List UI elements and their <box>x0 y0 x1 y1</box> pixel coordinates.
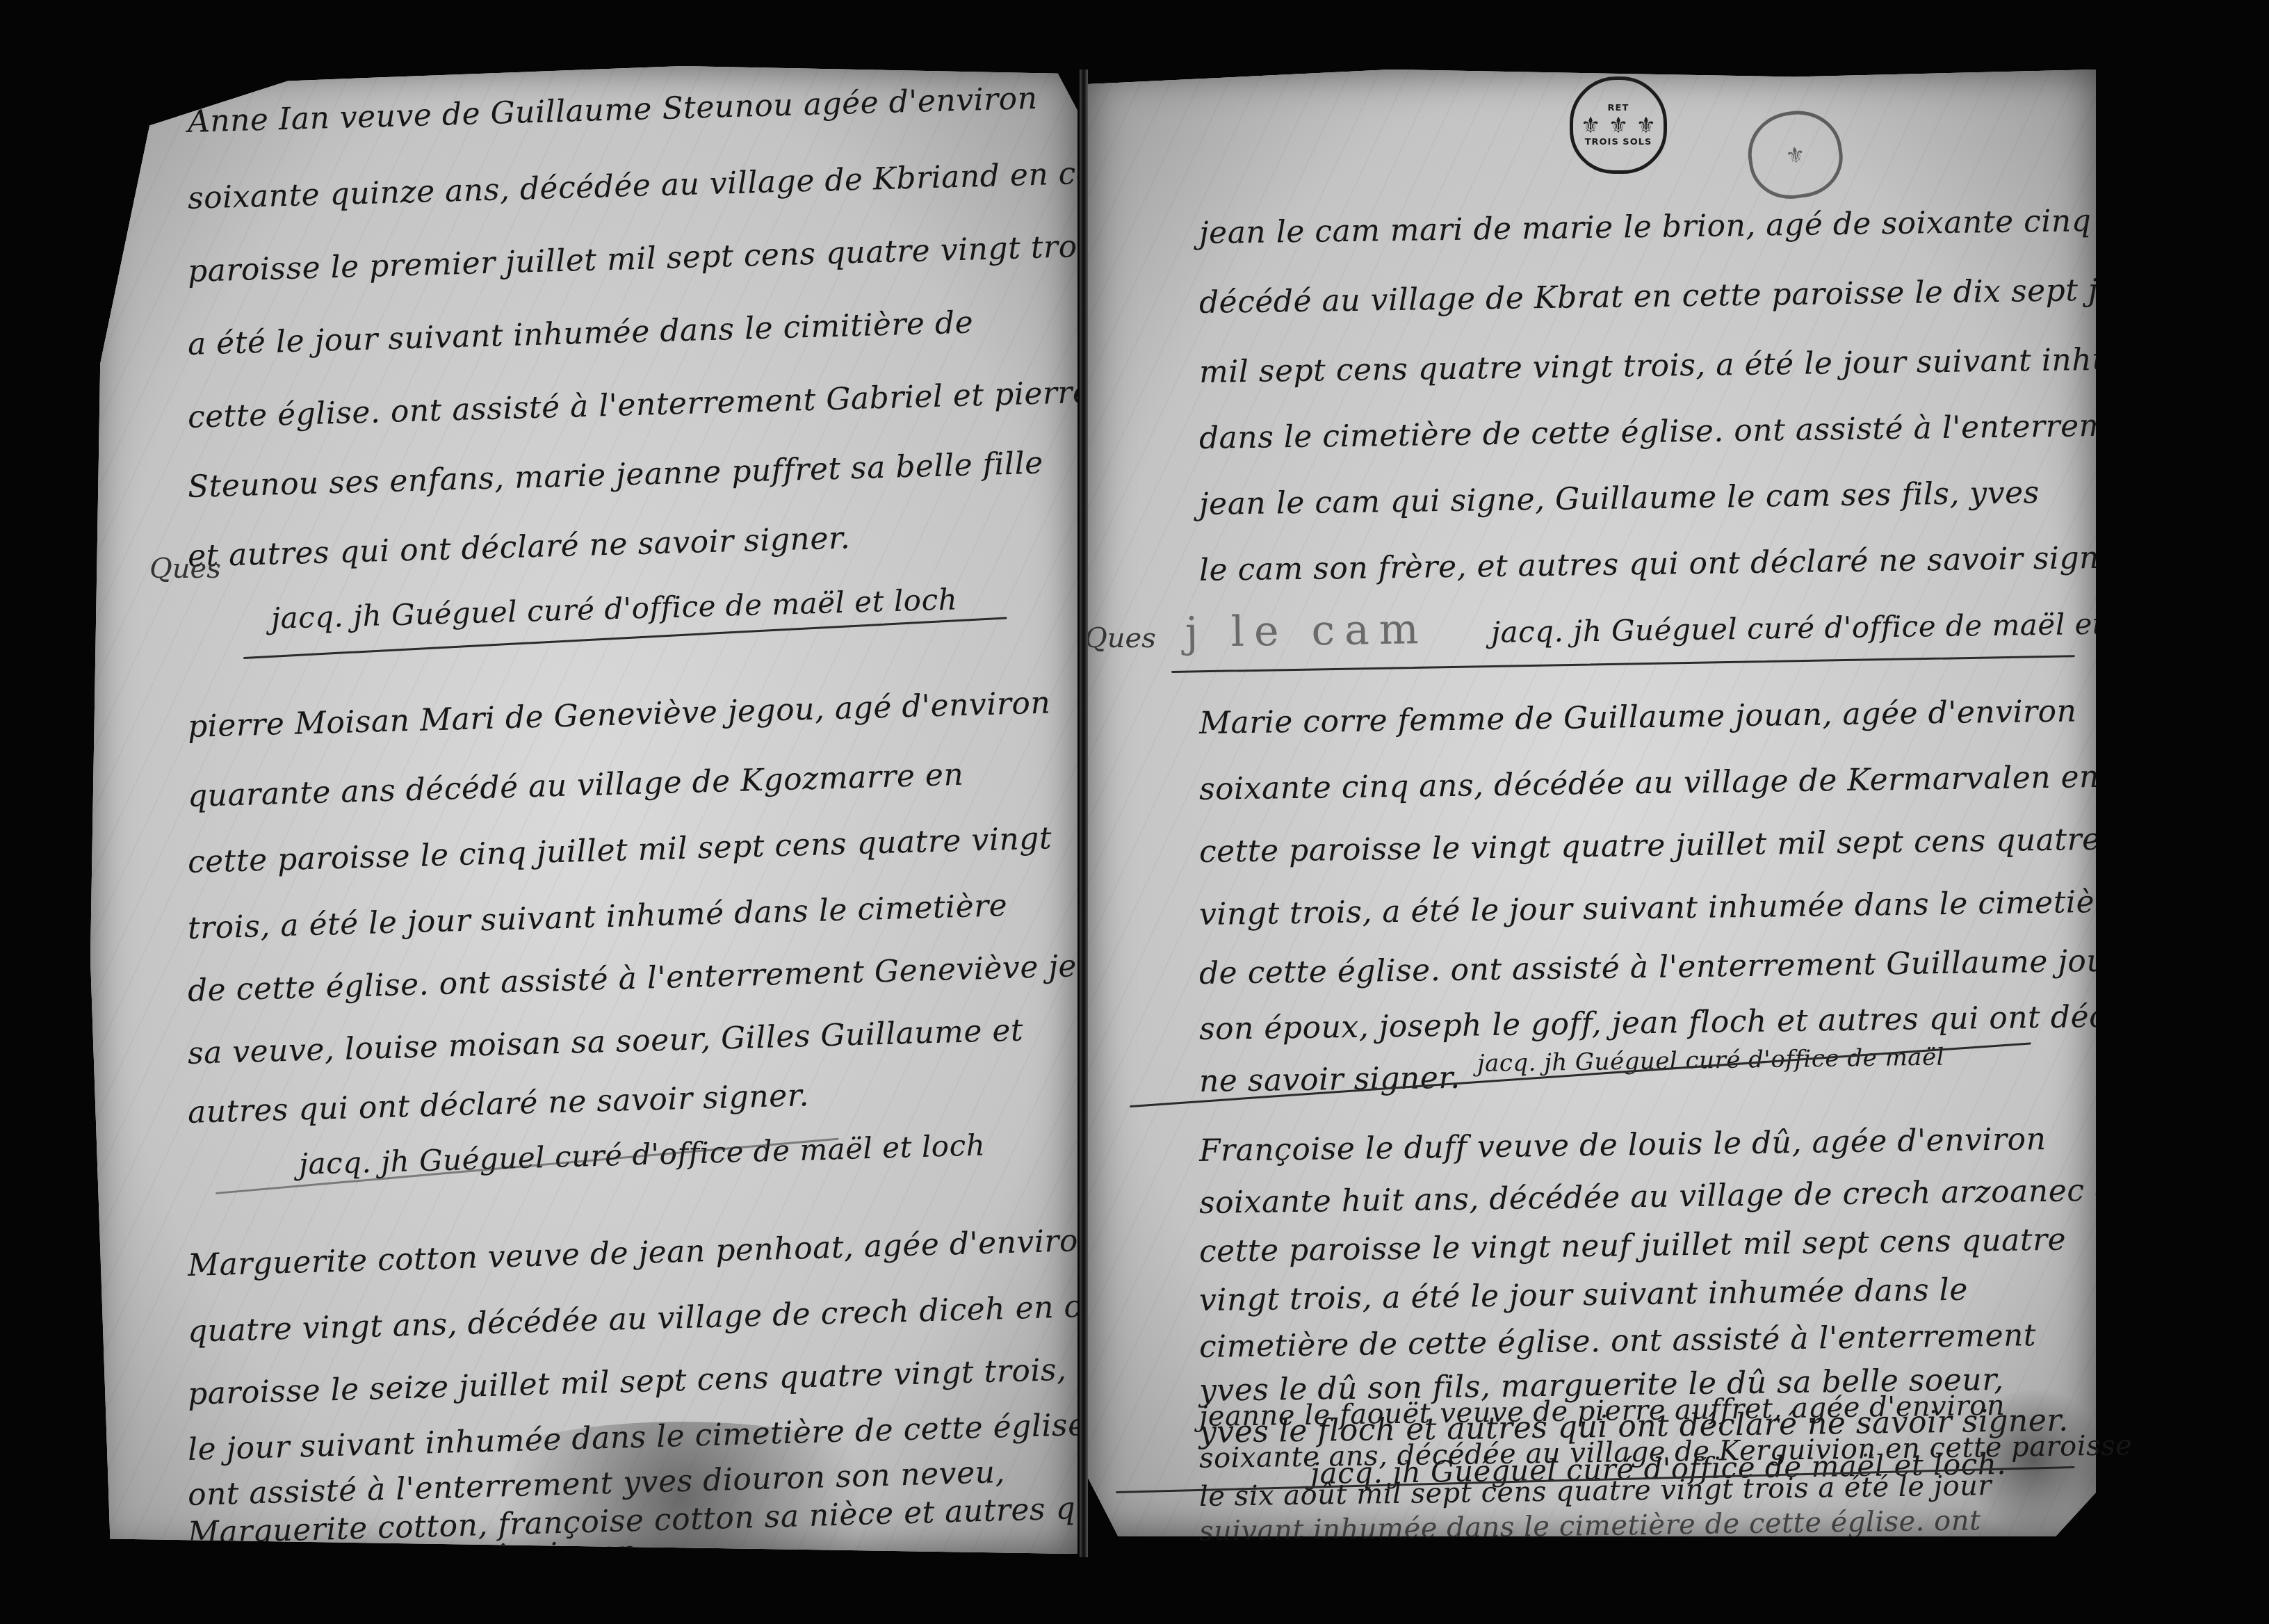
entry-line: cette église. ont assisté à l'enterremen… <box>187 375 1091 435</box>
fleur-de-lis-icon: ⚜ ⚜ ⚜ <box>1581 113 1656 137</box>
right-page-final-entry: jeanne le faouët veuve de pierre auffret… <box>1088 70 2096 1536</box>
register-spread: Anne Ian veuve de Guillaume Steunou agée… <box>0 0 2269 1624</box>
entry-line: Anne Ian veuve de Guillaume Steunou agée… <box>187 81 1038 140</box>
left-page-text: Anne Ian veuve de Guillaume Steunou agée… <box>90 66 1077 1554</box>
entry-line: trois, a été le jour suivant inhumé dans… <box>187 888 1008 946</box>
fleur-de-lis-icon: ⚜ <box>1784 142 1807 168</box>
entry-line: quatre vingt ans, décédée au village de … <box>187 1288 1144 1349</box>
page-fold <box>1067 42 1095 70</box>
entry-line: quarante ans décédé au village de Kgozma… <box>187 757 964 814</box>
stamp-bottom-text: TROIS SOLS <box>1585 137 1652 147</box>
entry-line: de cette église. ont assisté à l'enterre… <box>187 947 1136 1009</box>
entry-line: sa veuve, louise moisan sa soeur, Gilles… <box>187 1012 1024 1071</box>
tax-stamp-trois-sols: RET ⚜ ⚜ ⚜ TROIS SOLS <box>1570 76 1667 174</box>
entry-line: et autres qui ont déclaré ne savoir sign… <box>187 520 850 574</box>
entry-line: soixante quinze ans, décédée au village … <box>187 154 1139 216</box>
entry-line: Steunou ses enfans, marie jeanne puffret… <box>187 446 1043 505</box>
entry-line: cette paroisse le cinq juillet mil sept … <box>187 820 1052 880</box>
entry-line: jeanne le faouët veuve de pierre auffret… <box>1199 1390 2006 1433</box>
entry-line: soixante ans, décédée au village de Kerg… <box>1199 1429 2133 1475</box>
entry-line: pierre Moisan Mari de Geneviève jegou, a… <box>187 685 1051 745</box>
book-gutter <box>1080 70 1088 1557</box>
entry-line: paroisse le seize juillet mil sept cens … <box>187 1349 1155 1412</box>
entry-line: Marguerite cotton veuve de jean penhoat,… <box>187 1222 1098 1283</box>
entry-line: paroisse le premier juillet mil sept cen… <box>187 228 1104 289</box>
entry-line: a été le jour suivant inhumée dans le ci… <box>187 304 973 362</box>
margin-note: Ques <box>149 553 221 585</box>
ink-stain <box>438 1422 925 1575</box>
left-page: Anne Ian veuve de Guillaume Steunou agée… <box>90 66 1077 1554</box>
entry-line: autres qui ont déclaré ne savoir signer. <box>187 1078 809 1130</box>
priest-signature: jacq. jh Guéguel curé d'office de maël e… <box>270 582 957 635</box>
